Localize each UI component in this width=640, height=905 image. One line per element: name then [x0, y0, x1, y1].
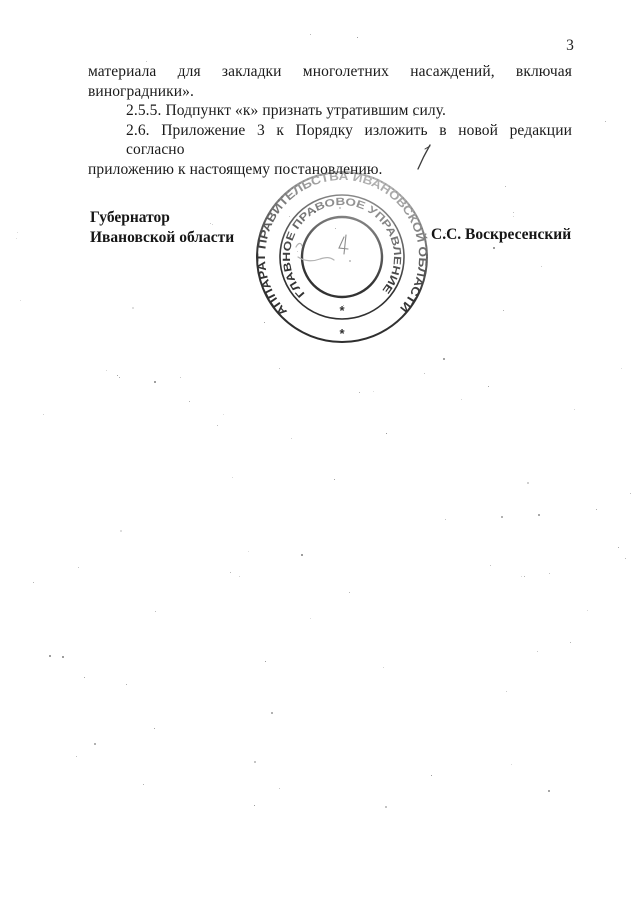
stamp-star-inner: *	[339, 303, 345, 318]
signer-title-line2: Ивановской области	[90, 229, 234, 247]
official-stamp: АППАРАТ ПРАВИТЕЛЬСТВА ИВАНОВСКОЙ ОБЛАСТИ…	[232, 147, 452, 367]
stamp-center-scribble	[296, 235, 351, 262]
document-page: 3 материала для закладки многолетних нас…	[0, 0, 640, 905]
body-line-2: виноградники».	[88, 82, 572, 102]
body-line-3: 2.5.5. Подпункт «к» признать утратившим …	[88, 101, 572, 121]
stamp-star-outer: *	[339, 326, 345, 341]
body-line-1: материала для закладки многолетних насаж…	[88, 62, 572, 82]
signer-name: С.С. Воскресенский	[431, 226, 571, 244]
stamp-ink: АППАРАТ ПРАВИТЕЛЬСТВА ИВАНОВСКОЙ ОБЛАСТИ…	[256, 171, 428, 342]
signer-title-line1: Губернатор	[90, 209, 170, 227]
page-number: 3	[558, 37, 582, 55]
